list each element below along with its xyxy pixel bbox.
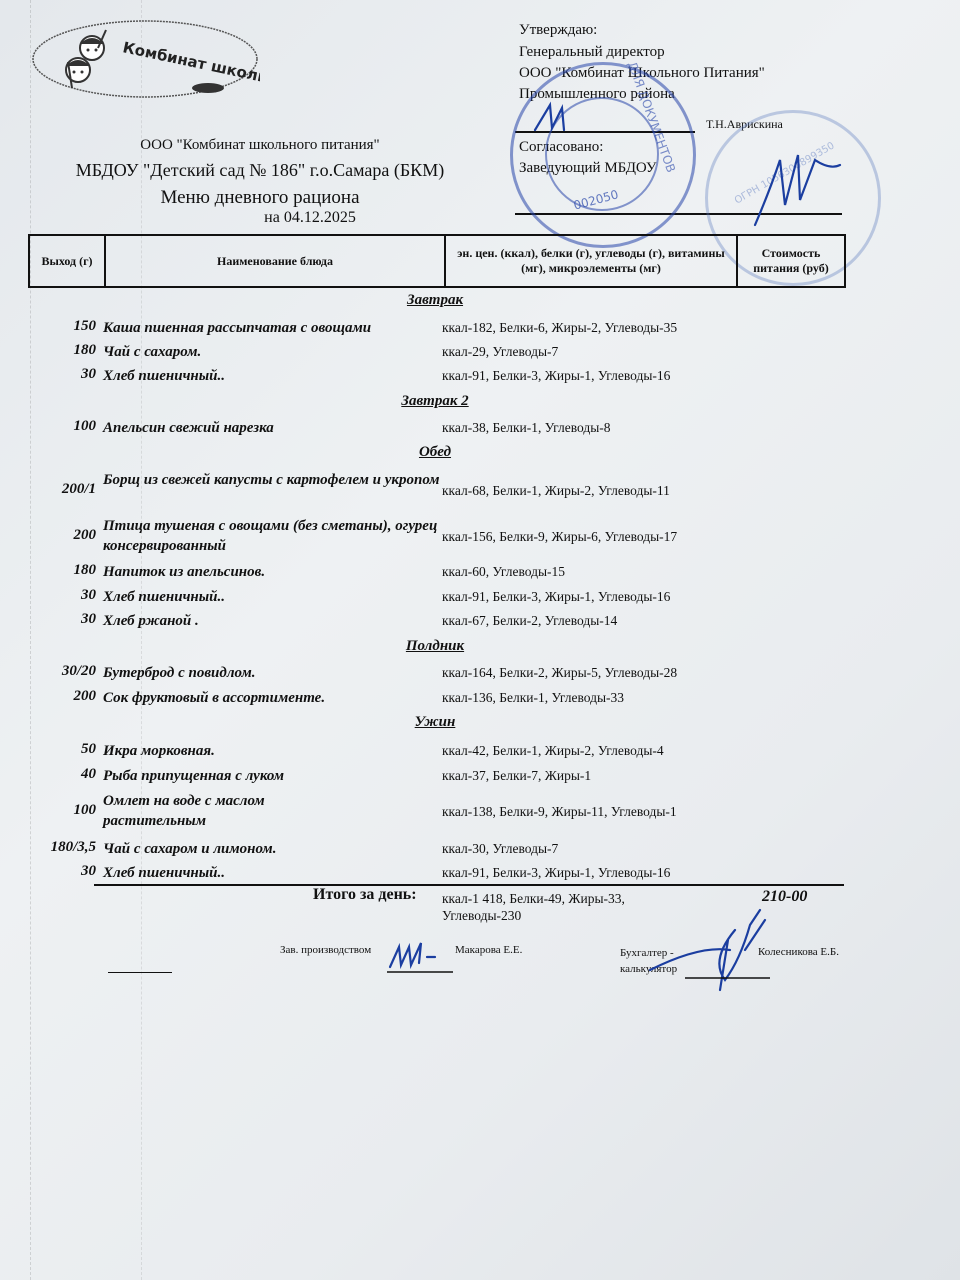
org-name: ООО "Комбинат школьного питания"	[60, 137, 460, 154]
item-yield: 30/20	[26, 663, 96, 680]
item-yield: 100	[26, 802, 96, 819]
item-yield: 30	[26, 863, 96, 880]
column-cost: Стоимость питания (руб)	[737, 235, 845, 287]
director-signature	[530, 100, 870, 230]
institution-name: МБДОУ "Детский сад № 186" г.о.Самара (БК…	[60, 160, 460, 181]
production-manager-label: Зав. производством	[280, 944, 371, 956]
item-yield: 100	[26, 418, 96, 435]
left-signature-line	[108, 972, 172, 973]
item-yield: 200/1	[26, 481, 96, 498]
column-yield: Выход (г)	[29, 235, 105, 287]
svg-text:Комбинат школьного питания: Комбинат школьного питания	[121, 38, 260, 100]
item-nutrition: ккал-42, Белки-1, Жиры-2, Углеводы-4	[442, 743, 664, 759]
section-title-lunch: Обед	[100, 444, 770, 461]
item-name: Апельсин свежий нарезка	[103, 418, 443, 438]
item-name: Хлеб пшеничный..	[103, 863, 443, 883]
item-name: Рыба припущенная с луком	[103, 766, 443, 786]
item-nutrition: ккал-182, Белки-6, Жиры-2, Углеводы-35	[442, 320, 677, 336]
item-nutrition: ккал-68, Белки-1, Жиры-2, Углеводы-11	[442, 483, 670, 499]
item-name: Омлет на воде с маслом растительным	[103, 791, 303, 831]
item-nutrition: ккал-67, Белки-2, Углеводы-14	[442, 613, 617, 629]
item-name: Каша пшенная рассыпчатая с овощами	[103, 318, 443, 338]
production-manager-signature	[385, 935, 455, 975]
item-nutrition: ккал-156, Белки-9, Жиры-6, Углеводы-17	[442, 529, 677, 545]
item-nutrition: ккал-37, Белки-7, Жиры-1	[442, 768, 591, 784]
daily-total-nutrition: ккал-1 418, Белки-49, Жиры-33, Углеводы-…	[442, 890, 625, 924]
item-name: Чай с сахаром и лимоном.	[103, 839, 443, 859]
section-title-breakfast: Завтрак	[100, 292, 770, 309]
item-name: Чай с сахаром.	[103, 342, 443, 362]
item-name: Борщ из свежей капусты с картофелем и ук…	[103, 470, 443, 490]
item-nutrition: ккал-136, Белки-1, Углеводы-33	[442, 690, 624, 706]
item-yield: 200	[26, 527, 96, 544]
column-dish-name: Наименование блюда	[105, 235, 445, 287]
item-name: Бутерброд с повидлом.	[103, 663, 443, 683]
daily-total-nutrition-line2: Углеводы-230	[442, 907, 625, 924]
item-yield: 180	[26, 342, 96, 359]
item-yield: 30	[26, 366, 96, 383]
company-logo: Комбинат школьного питания	[30, 18, 260, 100]
item-nutrition: ккал-91, Белки-3, Жиры-1, Углеводы-16	[442, 865, 670, 881]
item-nutrition: ккал-29, Углеводы-7	[442, 344, 558, 360]
item-yield: 180/3,5	[26, 839, 96, 856]
menu-table-header: Выход (г) Наименование блюда эн. цен. (к…	[28, 234, 846, 288]
item-yield: 150	[26, 318, 96, 335]
item-name: Хлеб ржаной .	[103, 611, 443, 631]
item-yield: 180	[26, 562, 96, 579]
item-name: Хлеб пшеничный..	[103, 366, 443, 386]
item-yield: 30	[26, 611, 96, 628]
item-nutrition: ккал-30, Углеводы-7	[442, 841, 558, 857]
item-nutrition: ккал-38, Белки-1, Углеводы-8	[442, 420, 611, 436]
page-title: Меню дневного рациона	[60, 187, 460, 209]
menu-date: на 04.12.2025	[180, 209, 440, 227]
daily-total-label: Итого за день:	[313, 886, 417, 904]
table-bottom-rule	[94, 884, 844, 886]
item-nutrition: ккал-60, Углеводы-15	[442, 564, 565, 580]
production-manager-name: Макарова Е.Е.	[455, 944, 522, 956]
daily-total-nutrition-line1: ккал-1 418, Белки-49, Жиры-33,	[442, 890, 625, 907]
item-name: Хлеб пшеничный..	[103, 587, 443, 607]
item-yield: 200	[26, 688, 96, 705]
item-nutrition: ккал-164, Белки-2, Жиры-5, Углеводы-28	[442, 665, 677, 681]
item-name: Икра морковная.	[103, 741, 443, 761]
item-name: Напиток из апельсинов.	[103, 562, 443, 582]
item-nutrition: ккал-138, Белки-9, Жиры-11, Углеводы-1	[442, 804, 677, 820]
approve-label: Утверждаю:	[519, 20, 597, 41]
approver-position: Генеральный директор	[519, 42, 765, 63]
item-nutrition: ккал-91, Белки-3, Жиры-1, Углеводы-16	[442, 589, 670, 605]
item-nutrition: ккал-91, Белки-3, Жиры-1, Углеводы-16	[442, 368, 670, 384]
item-name: Птица тушеная с овощами (без сметаны), о…	[103, 516, 443, 556]
item-name: Сок фруктовый в ассортименте.	[103, 688, 443, 708]
item-yield: 30	[26, 587, 96, 604]
section-title-afternoon-snack: Полдник	[100, 638, 770, 655]
section-title-breakfast-2: Завтрак 2	[100, 393, 770, 410]
accountant-name: Колесникова Е.Б.	[758, 946, 839, 958]
column-nutrition: эн. цен. (ккал), белки (г), углеводы (г)…	[445, 235, 737, 287]
section-title-dinner: Ужин	[100, 714, 770, 731]
item-yield: 50	[26, 741, 96, 758]
item-yield: 40	[26, 766, 96, 783]
